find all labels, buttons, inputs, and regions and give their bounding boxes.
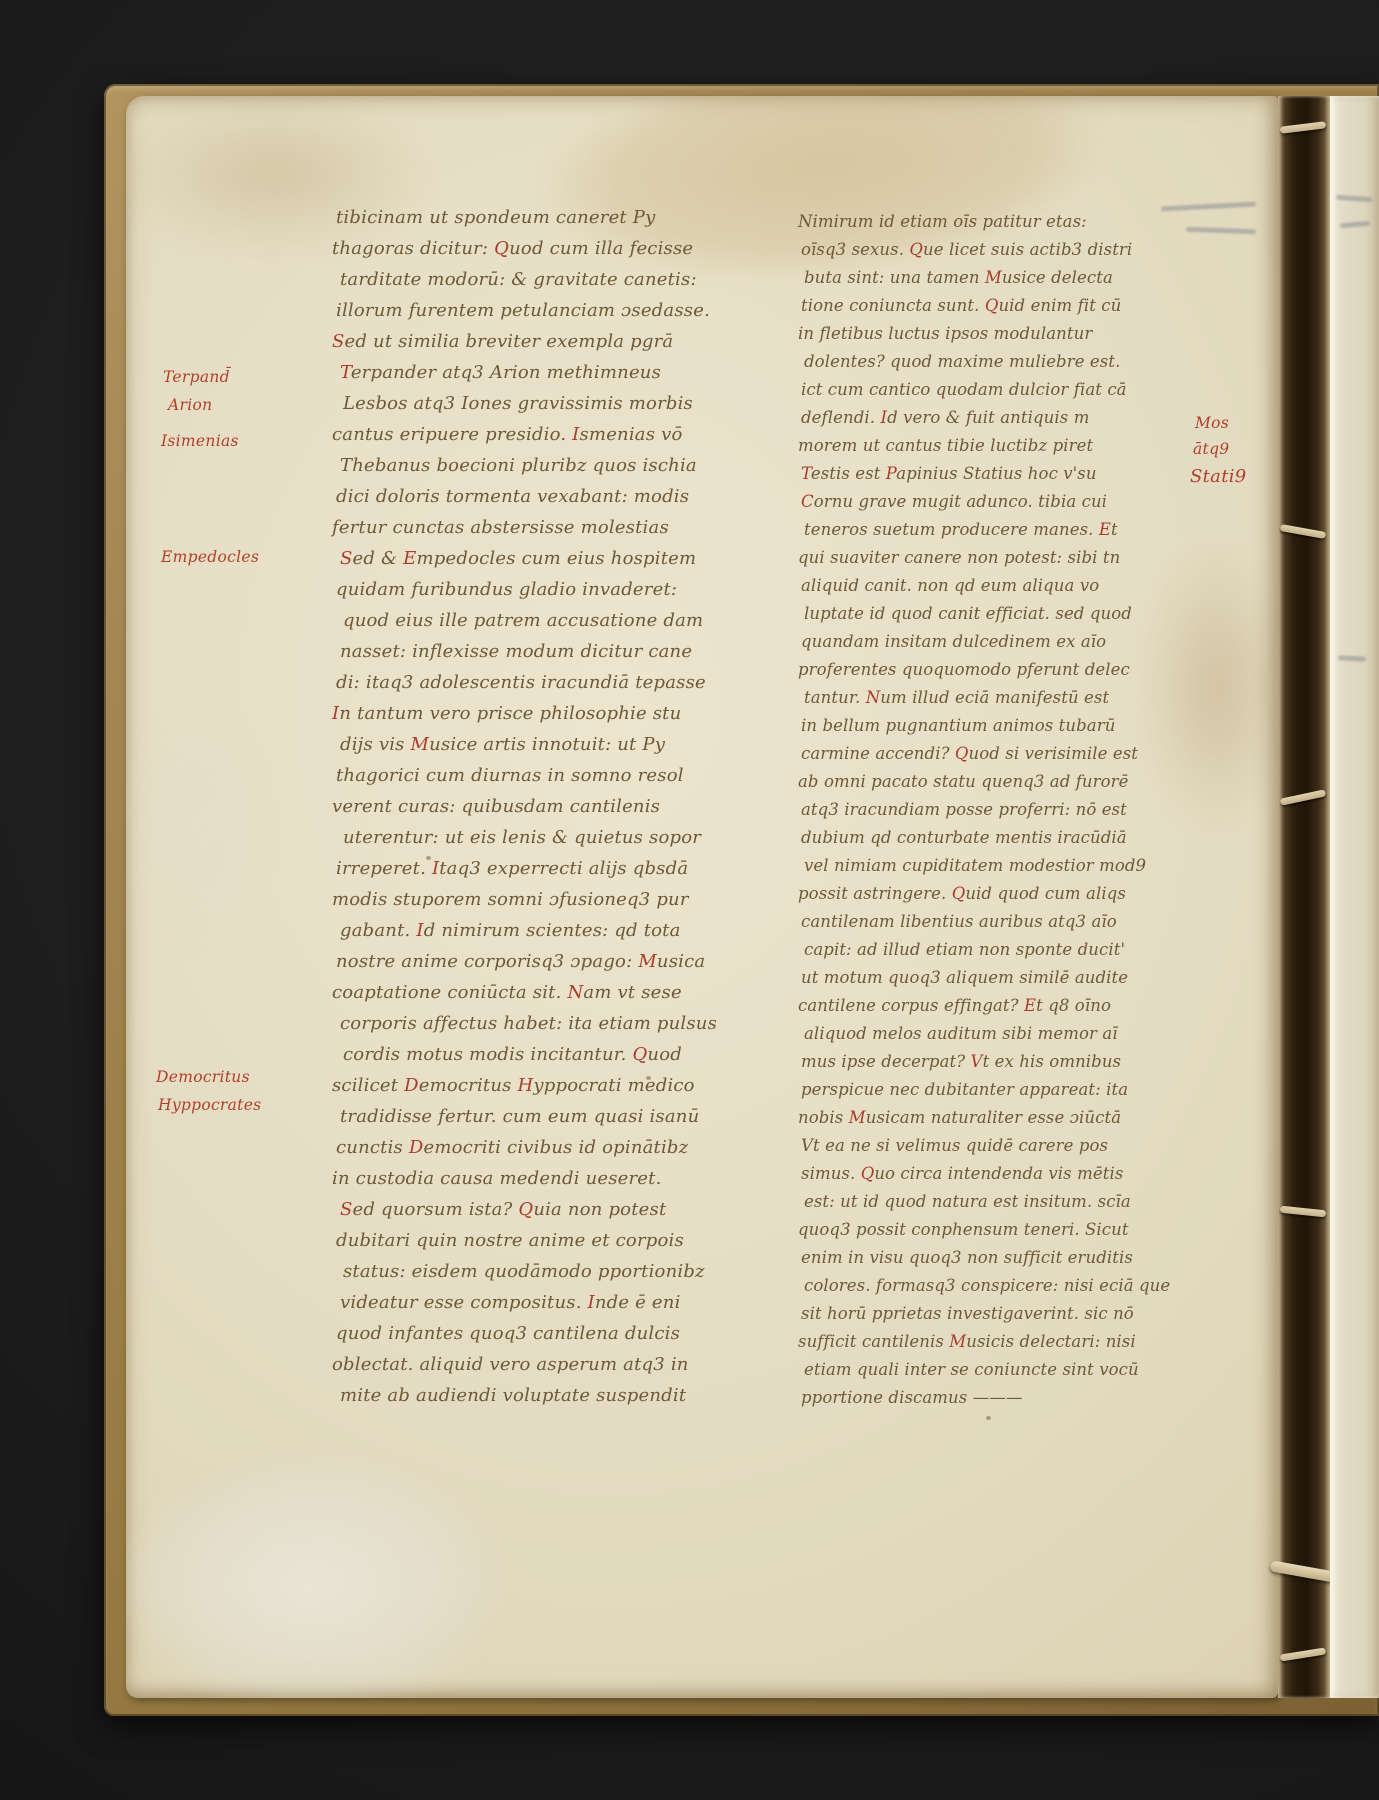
margin-note-empedocles: Empedocles xyxy=(161,548,259,566)
text-line: dubitari quin nostre anime et corpois xyxy=(336,1225,704,1256)
ink-text: uod si verisimile est xyxy=(969,744,1139,763)
ink-text: capit: ad illud etiam non sponte ducit' xyxy=(804,940,1125,959)
ink-text: teneros suetum producere manes. xyxy=(804,520,1099,539)
ink-text: usice delecta xyxy=(1002,268,1113,287)
rubricated-letter: C xyxy=(801,492,814,511)
ink-text: buta sint: una tamen xyxy=(804,268,985,287)
ink-text: illorum furentem petulanciam ɔsedasse. xyxy=(336,300,710,321)
text-line: oblectat. aliquid vero asperum atq3 in xyxy=(332,1349,704,1380)
ink-text: luptate id quod canit efficiat. sed quod xyxy=(804,604,1132,623)
ink-text: Thebanus boecioni pluribz quos ischia xyxy=(340,455,697,476)
rubricated-letter: I xyxy=(416,920,423,941)
ink-text: uod cum illa fecisse xyxy=(509,238,693,259)
text-line: modis stuporem somni ɔfusioneq3 pur xyxy=(332,884,704,915)
ink-text: estis est xyxy=(811,464,886,483)
text-line: tarditate modorū: & gravitate canetis: xyxy=(340,264,704,295)
text-line: deflendi. Id vero & fuit antiquis m xyxy=(801,404,1183,432)
text-line: mus ipse decerpat? Vt ex his omnibus xyxy=(801,1048,1183,1076)
text-line: Cornu grave mugit adunco. tibia cui xyxy=(801,488,1183,516)
ink-text: d nimirum scientes: qd tota xyxy=(424,920,681,941)
text-line: quandam insitam dulcedinem ex aīo xyxy=(801,628,1183,656)
text-line: tantur. Num illud eciā manifestū est xyxy=(804,684,1183,712)
text-line: teneros suetum producere manes. Et xyxy=(804,516,1183,544)
sewing-thread xyxy=(1280,524,1327,539)
rubricated-letter: I xyxy=(588,1292,595,1313)
ink-text: tantur. xyxy=(804,688,866,707)
text-line: ab omni pacato statu quenq3 ad furorē xyxy=(798,768,1183,796)
sewing-thread xyxy=(1280,1206,1326,1218)
rubricated-letter: M xyxy=(638,951,657,972)
ink-text: uo circa intendenda vis mētis xyxy=(874,1164,1123,1183)
text-line: cunctis Democriti civibus id opinātibz xyxy=(336,1132,704,1163)
text-line: Testis est Papinius Statius hoc v'su xyxy=(801,460,1183,488)
ink-text: simus. xyxy=(801,1164,861,1183)
ink-text: n tantum vero prisce philosophie stu xyxy=(339,703,681,724)
text-line: cantilene corpus effingat? Et q8 oīno xyxy=(798,992,1183,1020)
rubricated-letter: M xyxy=(411,734,430,755)
ink-text: quod eius ille patrem accusatione dam xyxy=(343,610,703,631)
text-line: ict cum cantico quodam dulcior fiat cā xyxy=(801,376,1183,404)
text-line: uterentur: ut eis lenis & quietus sopor xyxy=(343,822,704,853)
rubricated-letter: M xyxy=(985,268,1002,287)
text-line: vel nimiam cupiditatem modestior mod9 xyxy=(804,852,1183,880)
sewing-thread xyxy=(1280,789,1326,805)
text-line: nasset: inflexisse modum dicitur cane xyxy=(340,636,704,667)
text-line: proferentes quoquomodo pferunt delec xyxy=(798,656,1183,684)
rubricated-letter: T xyxy=(340,362,351,383)
ink-text: in fletibus luctus ipsos modulantur xyxy=(798,324,1092,343)
rubricated-letter: Q xyxy=(861,1164,875,1183)
ink-text: mite ab audiendi voluptate suspendit xyxy=(340,1385,686,1406)
text-line: aliquod melos auditum sibi memor aī xyxy=(804,1020,1183,1048)
ink-text: Lesbos atq3 Iones gravissimis morbis xyxy=(343,393,693,414)
text-line: simus. Quo circa intendenda vis mētis xyxy=(801,1160,1183,1188)
rubricated-letter: V xyxy=(971,1052,983,1071)
ink-text: nasset: inflexisse modum dicitur cane xyxy=(340,641,692,662)
text-line: Lesbos atq3 Iones gravissimis morbis xyxy=(343,388,704,419)
text-line: gabant. Id nimirum scientes: qd tota xyxy=(340,915,704,946)
stain-mid-left xyxy=(126,656,316,996)
ink-text: thagorici cum diurnas in somno resol xyxy=(336,765,684,786)
binding-gutter xyxy=(1278,96,1330,1698)
ink-text: ict cum cantico quodam dulcior fiat cā xyxy=(801,380,1127,399)
ink-text: ed & xyxy=(353,548,404,569)
ink-text: perspicue nec dubitanter appareat: ita xyxy=(801,1080,1128,1099)
text-line: Sed ut similia breviter exempla pgrā xyxy=(332,326,704,357)
ink-text: cantilene corpus effingat? xyxy=(798,996,1024,1015)
ink-text: fertur cunctas abstersisse molestias xyxy=(332,517,669,538)
ink-text: t ex his omnibus xyxy=(983,1052,1122,1071)
ink-text: um illud eciā manifestū est xyxy=(880,688,1109,707)
text-line: nobis Musicam naturaliter esse ɔiūctā xyxy=(798,1104,1183,1132)
text-line: capit: ad illud etiam non sponte ducit' xyxy=(804,936,1183,964)
ink-text: di: itaq3 adolescentis iracundiā tepasse xyxy=(336,672,706,693)
ink-text: ed ut similia breviter exempla pgrā xyxy=(345,331,674,352)
ink-text: colores. formasq3 conspicere: nisi eciā … xyxy=(804,1276,1170,1295)
ink-text: verent curas: quibusdam cantilenis xyxy=(332,796,660,817)
ink-text: dubitari quin nostre anime et corpois xyxy=(336,1230,684,1251)
ink-text: emocritus xyxy=(419,1075,518,1096)
showthrough-mark xyxy=(1336,195,1372,202)
rubricated-letter: T xyxy=(801,464,811,483)
ink-text: yppocrati medico xyxy=(533,1075,694,1096)
ink-text: oblectat. aliquid vero asperum atq3 in xyxy=(332,1354,689,1375)
margin-note-terpander: Terpand̄ xyxy=(163,368,230,386)
text-line: atq3 iracundiam posse proferri: nō est xyxy=(801,796,1183,824)
margin-note-statius: Stati9 xyxy=(1190,466,1247,487)
ink-speck xyxy=(986,1416,991,1420)
margin-note-atque: ātq9 xyxy=(1193,440,1229,458)
text-line: nostre anime corporisq3 ɔpago: Musica xyxy=(336,946,704,977)
rubricated-letter: N xyxy=(567,982,583,1003)
ink-text: Vt ea ne si velimus quidē carere pos xyxy=(801,1136,1108,1155)
text-line: quidam furibundus gladio invaderet: xyxy=(336,574,704,605)
ink-text: carmine accendi? xyxy=(801,744,955,763)
text-line: status: eisdem quodāmodo pportionibz xyxy=(343,1256,704,1287)
ink-text: quidam furibundus gladio invaderet: xyxy=(336,579,677,600)
rubricated-letter: N xyxy=(866,688,881,707)
ink-text: ab omni pacato statu quenq3 ad furorē xyxy=(798,772,1129,791)
ink-text: usice artis innotuit: ut Py xyxy=(429,734,665,755)
left-text-column: tibicinam ut spondeum caneret Pythagoras… xyxy=(336,202,704,1411)
ink-text: nobis xyxy=(798,1108,849,1127)
margin-note-hyppocrates: Hyppocrates xyxy=(158,1096,261,1114)
rubricated-letter: M xyxy=(849,1108,866,1127)
text-line: Sed quorsum ista? Quia non potest xyxy=(340,1194,704,1225)
ink-text: modis stuporem somni ɔfusioneq3 pur xyxy=(332,889,689,910)
text-line: cordis motus modis incitantur. Quod xyxy=(343,1039,704,1070)
text-line: scilicet Democritus Hyppocrati medico xyxy=(332,1070,704,1101)
text-line: In tantum vero prisce philosophie stu xyxy=(332,698,704,729)
ink-text: erpander atq3 Arion methimneus xyxy=(351,362,661,383)
text-line: Terpander atq3 Arion methimneus xyxy=(340,357,704,388)
ink-text: d vero & fuit antiquis m xyxy=(887,408,1089,427)
ink-text: cordis motus modis incitantur. xyxy=(343,1044,632,1065)
ink-text: vel nimiam cupiditatem modestior mod9 xyxy=(804,856,1146,875)
text-line: dici doloris tormenta vexabant: modis xyxy=(336,481,704,512)
rubricated-letter: S xyxy=(340,1199,353,1220)
text-line: illorum furentem petulanciam ɔsedasse. xyxy=(336,295,704,326)
rubricated-letter: Q xyxy=(952,884,966,903)
text-line: fertur cunctas abstersisse molestias xyxy=(332,512,704,543)
ink-text: uterentur: ut eis lenis & quietus sopor xyxy=(343,827,701,848)
text-line: est: ut id quod natura est insitum. scīa xyxy=(804,1188,1183,1216)
text-line: etiam quali inter se coniuncte sint vocū xyxy=(804,1356,1183,1384)
text-line: Nimirum id etiam oīs patitur etas: xyxy=(798,208,1183,236)
rubricated-letter: Q xyxy=(518,1199,533,1220)
ink-text: nde ē eni xyxy=(595,1292,681,1313)
rubricated-letter: E xyxy=(1024,996,1036,1015)
showthrough-mark xyxy=(1161,202,1256,212)
text-line: pportione discamus ——— xyxy=(801,1384,1183,1412)
text-line: buta sint: una tamen Musice delecta xyxy=(804,264,1183,292)
text-line: di: itaq3 adolescentis iracundiā tepasse xyxy=(336,667,704,698)
ink-text: deflendi. xyxy=(801,408,880,427)
text-line: morem ut cantus tibie luctibz piret xyxy=(798,432,1183,460)
ink-text: am vt sese xyxy=(583,982,681,1003)
text-line: corporis affectus habet: ita etiam pulsu… xyxy=(340,1008,704,1039)
stain-bottom-left xyxy=(126,1426,546,1698)
ink-text: cantus eripuere presidio. xyxy=(332,424,572,445)
ink-text: etiam quali inter se coniuncte sint vocū xyxy=(804,1360,1139,1379)
text-line: thagorici cum diurnas in somno resol xyxy=(336,760,704,791)
rubricated-letter: Q xyxy=(985,296,999,315)
text-line: quod eius ille patrem accusatione dam xyxy=(343,605,704,636)
ink-text: videatur esse compositus. xyxy=(340,1292,588,1313)
ink-text: irreperet. xyxy=(336,858,432,879)
margin-note-arion: Arion xyxy=(168,396,212,414)
ink-text: est: ut id quod natura est insitum. scīa xyxy=(804,1192,1131,1211)
ink-text: thagoras dicitur: xyxy=(332,238,494,259)
rubricated-letter: D xyxy=(409,1137,424,1158)
margin-note-ismenias: Isimenias xyxy=(161,432,239,450)
ink-text: uod xyxy=(647,1044,682,1065)
ink-text: quod infantes quoq3 cantilena dulcis xyxy=(336,1323,680,1344)
ink-text: in bellum pugnantium animos tubarū xyxy=(801,716,1115,735)
text-line: ut motum quoq3 aliquem similē audite xyxy=(801,964,1183,992)
sewing-thread xyxy=(1280,1647,1327,1661)
ink-text: possit astringere. xyxy=(798,884,952,903)
ink-text: uid quod cum aliqs xyxy=(965,884,1126,903)
text-line: in custodia causa medendi ueseret. xyxy=(332,1163,704,1194)
text-line: sit horū pprietas investigaverint. sic n… xyxy=(801,1300,1183,1328)
margin-note-democritus: Democritus xyxy=(156,1068,250,1086)
margin-note-mos: Mos xyxy=(1195,414,1229,432)
rubricated-letter: Q xyxy=(909,240,923,259)
rubricated-letter: Q xyxy=(955,744,969,763)
ink-text: ornu grave mugit adunco. tibia cui xyxy=(814,492,1107,511)
text-line: tradidisse fertur. cum eum quasi isanū xyxy=(340,1101,704,1132)
next-page-edge xyxy=(1330,96,1379,1698)
text-line: tibicinam ut spondeum caneret Py xyxy=(336,202,704,233)
left-page: tibicinam ut spondeum caneret Pythagoras… xyxy=(126,96,1278,1698)
ink-text: tradidisse fertur. cum eum quasi isanū xyxy=(340,1106,699,1127)
manuscript-book: tibicinam ut spondeum caneret Pythagoras… xyxy=(104,84,1379,1716)
rubricated-letter: S xyxy=(340,548,353,569)
ink-text: pportione discamus ——— xyxy=(801,1388,1023,1407)
text-line: luptate id quod canit efficiat. sed quod xyxy=(804,600,1183,628)
ink-text: uia non potest xyxy=(533,1199,666,1220)
ink-text: nostre anime corporisq3 ɔpago: xyxy=(336,951,638,972)
ink-text: oīsq3 sexus. xyxy=(801,240,909,259)
ink-text: in custodia causa medendi ueseret. xyxy=(332,1168,662,1189)
rubricated-letter: H xyxy=(518,1075,534,1096)
rubricated-letter: E xyxy=(1099,520,1111,539)
ink-text: sufficit cantilenis xyxy=(798,1332,949,1351)
text-line: enim in visu quoq3 non sufficit eruditis xyxy=(801,1244,1183,1272)
rubricated-letter: E xyxy=(403,548,416,569)
text-line: dijs vis Musice artis innotuit: ut Py xyxy=(340,729,704,760)
rubricated-letter: D xyxy=(404,1075,419,1096)
rubricated-letter: Q xyxy=(494,238,509,259)
frayed-thread xyxy=(1270,1560,1337,1582)
right-text-column: Nimirum id etiam oīs patitur etas:oīsq3 … xyxy=(801,208,1183,1412)
ink-text: gabant. xyxy=(340,920,416,941)
ink-text: aliquod melos auditum sibi memor aī xyxy=(804,1024,1118,1043)
ink-text: tarditate modorū: & gravitate canetis: xyxy=(340,269,697,290)
text-line: colores. formasq3 conspicere: nisi eciā … xyxy=(804,1272,1183,1300)
ink-text: qui suaviter canere non potest: sibi tn xyxy=(798,548,1120,567)
text-line: mite ab audiendi voluptate suspendit xyxy=(340,1380,704,1411)
ink-text: coaptatione coniūcta sit. xyxy=(332,982,567,1003)
text-line: Thebanus boecioni pluribz quos ischia xyxy=(340,450,704,481)
ink-text: t q8 oīno xyxy=(1036,996,1111,1015)
ink-text: apinius Statius hoc v'su xyxy=(896,464,1096,483)
text-line: cantilenam libentius auribus atq3 aīo xyxy=(801,908,1183,936)
text-line: Vt ea ne si velimus quidē carere pos xyxy=(801,1132,1183,1160)
text-line: tione coniuncta sunt. Quid enim fit cū xyxy=(801,292,1183,320)
text-line: dubium qd conturbate mentis iracūdiā xyxy=(801,824,1183,852)
ink-text: enim in visu quoq3 non sufficit eruditis xyxy=(801,1248,1133,1267)
sewing-thread xyxy=(1280,121,1327,134)
ink-text: mus ipse decerpat? xyxy=(801,1052,971,1071)
ink-text: usicam naturaliter esse ɔiūctā xyxy=(866,1108,1121,1127)
rubricated-letter: P xyxy=(886,464,896,483)
ink-text: uid enim fit cū xyxy=(998,296,1121,315)
ink-text: cantilenam libentius auribus atq3 aīo xyxy=(801,912,1117,931)
manuscript-photo: { "photo": { "background_color": "#1d1d1… xyxy=(0,0,1379,1800)
text-line: sufficit cantilenis Musicis delectari: n… xyxy=(798,1328,1183,1356)
ink-text: dubium qd conturbate mentis iracūdiā xyxy=(801,828,1127,847)
ink-text: dijs vis xyxy=(340,734,411,755)
ink-text: taq3 experrecti alijs qbsdā xyxy=(439,858,688,879)
ink-text: atq3 iracundiam posse proferri: nō est xyxy=(801,800,1127,819)
ink-text: morem ut cantus tibie luctibz piret xyxy=(798,436,1093,455)
text-line: quod infantes quoq3 cantilena dulcis xyxy=(336,1318,704,1349)
ink-text: mpedocles cum eius hospitem xyxy=(417,548,697,569)
text-line: oīsq3 sexus. Que licet suis actib3 distr… xyxy=(801,236,1183,264)
ink-text: aliquid canit. non qd eum aliqua vo xyxy=(801,576,1099,595)
text-line: Sed & Empedocles cum eius hospitem xyxy=(340,543,704,574)
text-line: in fletibus luctus ipsos modulantur xyxy=(798,320,1183,348)
ink-text: t xyxy=(1111,520,1118,539)
text-line: cantus eripuere presidio. Ismenias vō xyxy=(332,419,704,450)
ink-text: quoq3 possit conphensum teneri. Sicut xyxy=(798,1220,1129,1239)
text-line: qui suaviter canere non potest: sibi tn xyxy=(798,544,1183,572)
ink-text: Nimirum id etiam oīs patitur etas: xyxy=(798,212,1087,231)
showthrough-mark xyxy=(1338,655,1366,661)
showthrough-mark xyxy=(1186,227,1256,234)
rubricated-letter: M xyxy=(949,1332,966,1351)
showthrough-mark xyxy=(1340,221,1370,229)
text-line: in bellum pugnantium animos tubarū xyxy=(801,712,1183,740)
text-line: irreperet. Itaq3 experrecti alijs qbsdā xyxy=(336,853,704,884)
ink-text: usicis delectari: nisi xyxy=(966,1332,1136,1351)
text-line: coaptatione coniūcta sit. Nam vt sese xyxy=(332,977,704,1008)
ink-text: corporis affectus habet: ita etiam pulsu… xyxy=(340,1013,717,1034)
text-line: verent curas: quibusdam cantilenis xyxy=(332,791,704,822)
rubricated-letter: Q xyxy=(632,1044,647,1065)
ink-text: cunctis xyxy=(336,1137,409,1158)
ink-text: sit horū pprietas investigaverint. sic n… xyxy=(801,1304,1134,1323)
text-line: aliquid canit. non qd eum aliqua vo xyxy=(801,572,1183,600)
text-line: thagoras dicitur: Quod cum illa fecisse xyxy=(332,233,704,264)
text-line: videatur esse compositus. Inde ē eni xyxy=(340,1287,704,1318)
ink-text: smenias vō xyxy=(579,424,682,445)
ink-text: proferentes quoquomodo pferunt delec xyxy=(798,660,1130,679)
ink-text: ut motum quoq3 aliquem similē audite xyxy=(801,968,1128,987)
ink-text: dolentes? quod maxime muliebre est. xyxy=(804,352,1120,371)
text-line: carmine accendi? Quod si verisimile est xyxy=(801,740,1183,768)
ink-text: tione coniuncta sunt. xyxy=(801,296,985,315)
ink-text: tibicinam ut spondeum caneret Py xyxy=(336,207,655,228)
ink-text: ue licet suis actib3 distri xyxy=(923,240,1132,259)
text-line: possit astringere. Quid quod cum aliqs xyxy=(798,880,1183,908)
ink-text: emocriti civibus id opinātibz xyxy=(424,1137,689,1158)
rubricated-letter: S xyxy=(332,331,345,352)
ink-text: status: eisdem quodāmodo pportionibz xyxy=(343,1261,705,1282)
ink-text: ed quorsum ista? xyxy=(353,1199,519,1220)
ink-text: dici doloris tormenta vexabant: modis xyxy=(336,486,689,507)
text-line: dolentes? quod maxime muliebre est. xyxy=(804,348,1183,376)
ink-text: usica xyxy=(657,951,705,972)
ink-text: quandam insitam dulcedinem ex aīo xyxy=(801,632,1106,651)
ink-text: scilicet xyxy=(332,1075,404,1096)
text-line: perspicue nec dubitanter appareat: ita xyxy=(801,1076,1183,1104)
text-line: quoq3 possit conphensum teneri. Sicut xyxy=(798,1216,1183,1244)
